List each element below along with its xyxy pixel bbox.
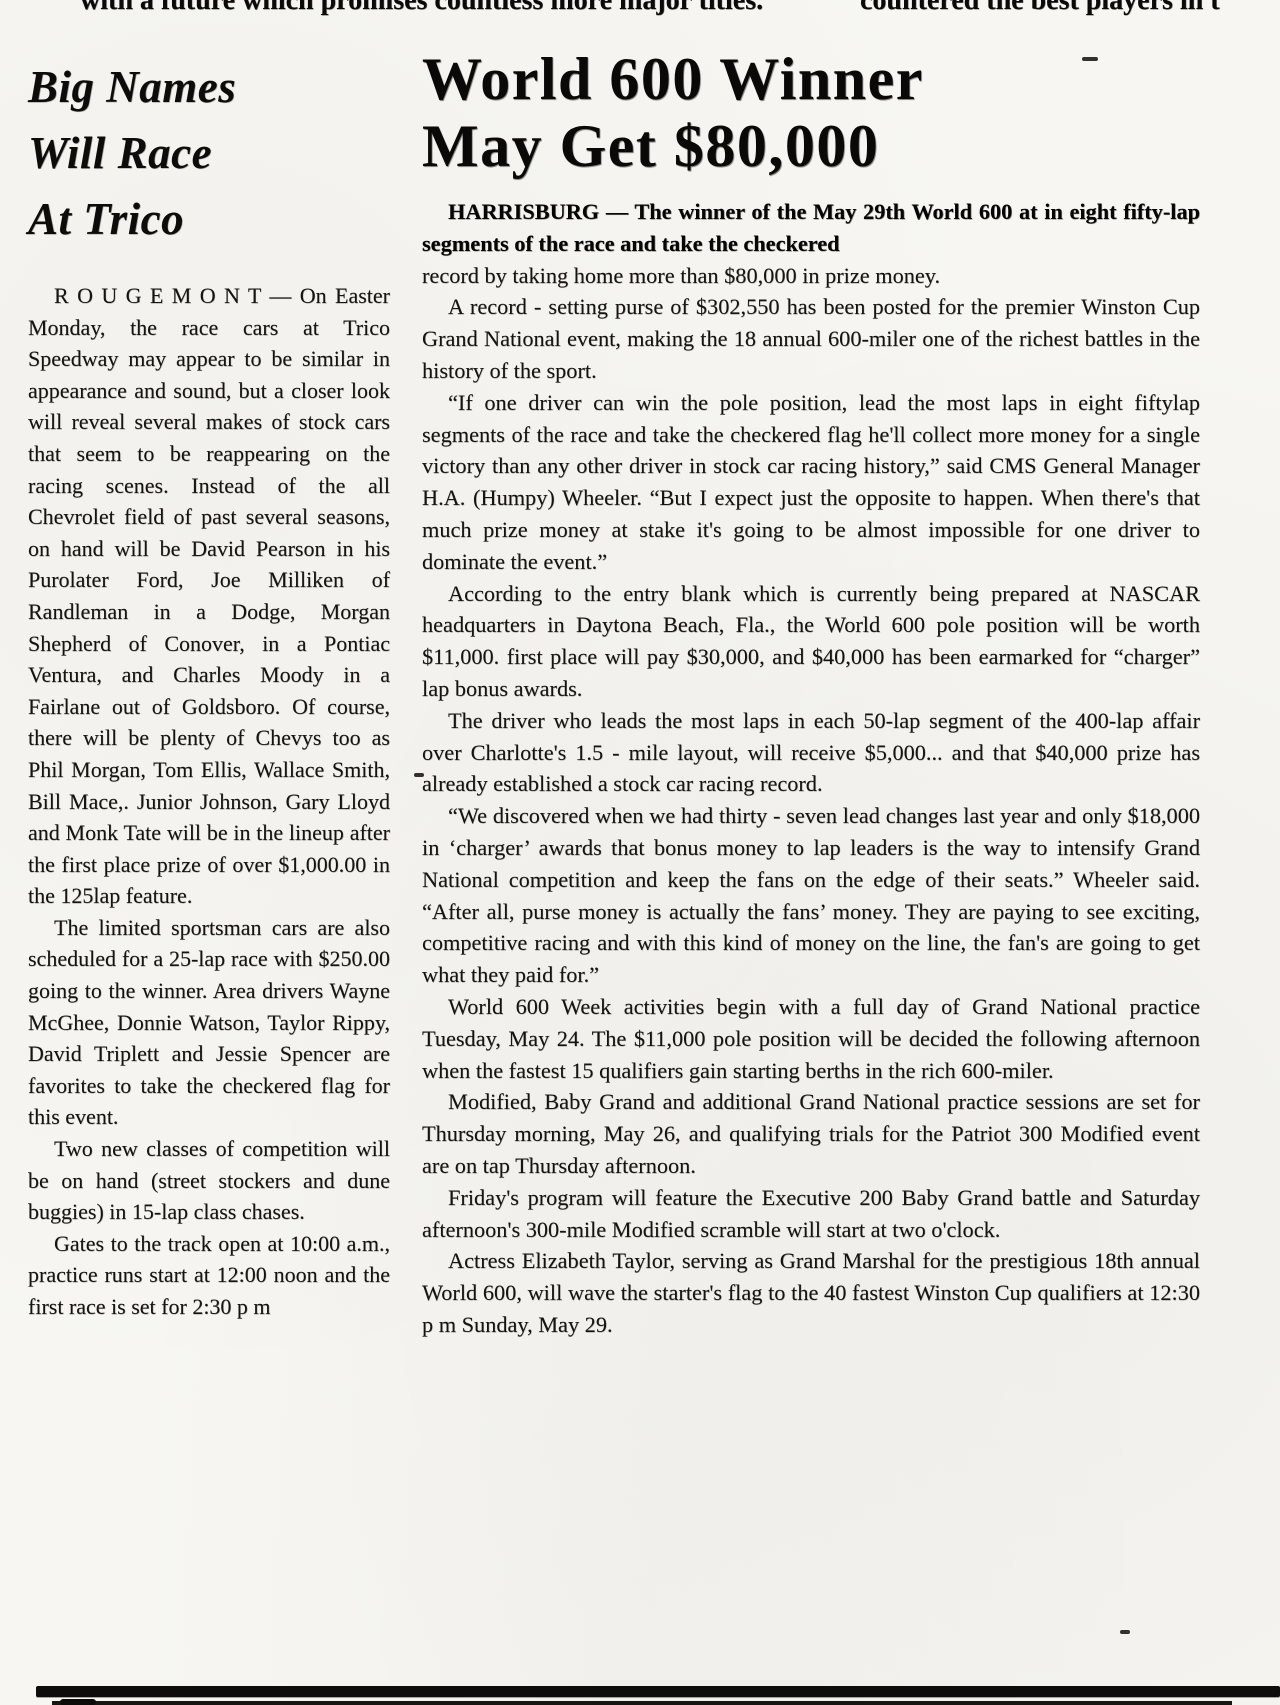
article-paragraph: Gates to the track open at 10:00 a.m., p… (28, 1228, 390, 1323)
article-paragraph: The driver who leads the most laps in ea… (422, 705, 1200, 800)
article-paragraph: Actress Elizabeth Taylor, serving as Gra… (422, 1245, 1200, 1340)
cropped-text-left: with a future which promises countless m… (80, 0, 763, 17)
main-article-body: HARRISBURG — The winner of the May 29th … (422, 196, 1200, 1341)
article-paragraph: “If one driver can win the pole position… (422, 387, 1200, 578)
article-paragraph: “We discovered when we had thirty - seve… (422, 800, 1200, 991)
article-paragraph: HARRISBURG — The winner of the May 29th … (422, 196, 1200, 260)
article-paragraph: record by taking home more than $80,000 … (422, 260, 1200, 292)
article-paragraph: R O U G E M O N T — On Easter Monday, th… (28, 280, 390, 912)
scan-speck (414, 773, 424, 777)
scan-speck (1082, 57, 1098, 61)
article-paragraph: The limited sportsman cars are also sche… (28, 912, 390, 1133)
main-article: World 600 Winner May Get $80,000 HARRISB… (422, 46, 1200, 1341)
newspaper-page: with a future which promises countless m… (0, 0, 1280, 1705)
article-paragraph: A record - setting purse of $302,550 has… (422, 291, 1200, 386)
article-paragraph: Friday's program will feature the Execut… (422, 1182, 1200, 1246)
left-headline-line-3: At Trico (28, 186, 390, 252)
left-headline-line-1: Big Names (28, 54, 390, 120)
article-paragraph: According to the entry blank which is cu… (422, 578, 1200, 705)
main-headline-line-2: May Get $80,000 (422, 113, 1200, 180)
cropped-text-right: countered the best players in t (860, 0, 1220, 17)
bottom-rule (36, 1686, 1280, 1697)
article-paragraph: World 600 Week activities begin with a f… (422, 991, 1200, 1086)
cropped-headline-row: with a future which promises countless m… (0, 0, 1280, 17)
scan-speck (1120, 1630, 1130, 1634)
left-article-headline: Big Names Will Race At Trico (28, 54, 390, 252)
main-article-headline: World 600 Winner May Get $80,000 (422, 46, 1200, 180)
left-headline-line-2: Will Race (28, 120, 390, 186)
left-article-body: R O U G E M O N T — On Easter Monday, th… (28, 280, 390, 1323)
article-paragraph: Two new classes of competition will be o… (28, 1133, 390, 1228)
article-paragraph: Modified, Baby Grand and additional Gran… (422, 1086, 1200, 1181)
left-article: Big Names Will Race At Trico R O U G E M… (28, 54, 390, 1323)
cropped-box-top-border (52, 1701, 1232, 1705)
cropped-box-glyph (60, 1699, 96, 1705)
